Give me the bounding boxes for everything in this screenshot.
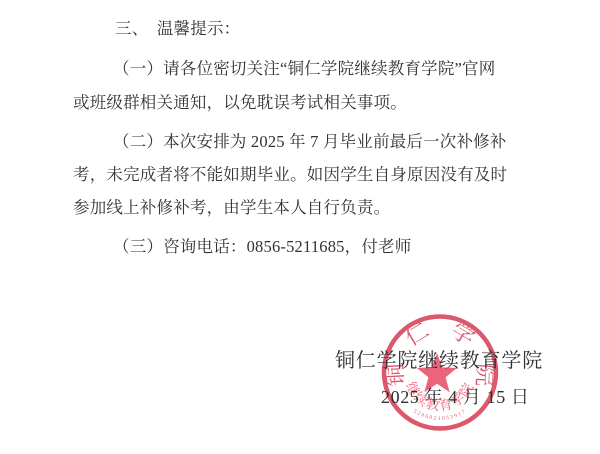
seal-serial-number: 5206021053917 [412, 408, 468, 422]
document-page: 三、 温馨提示： （一）请各位密切关注“铜仁学院继续教育学院”官网 或班级群相关… [0, 0, 600, 454]
paragraph-1-line-2: 或班级群相关通知，以免耽误考试相关事项。 [73, 95, 407, 112]
seal-arc-char: 仁 [401, 317, 434, 350]
signature-org-name: 铜仁学院继续教育学院 [335, 351, 543, 371]
paragraph-2-line-1: （二）本次安排为 2025 年 7 月毕业前最后一次补修补 [113, 134, 507, 151]
paragraph-1-line-1: （一）请各位密切关注“铜仁学院继续教育学院”官网 [113, 61, 495, 78]
paragraph-2-line-3: 参加线上补修补考，由学生本人自行负责。 [73, 200, 390, 217]
paragraph-2-line-2: 考，未完成者将不能如期毕业。如因学生自身原因没有及时 [73, 167, 507, 184]
official-seal-stamp: 铜 仁 学 院 继续教育学院 5206021053917 [365, 297, 515, 447]
signature-date: 2025 年 4 月 15 日 [381, 388, 530, 406]
contact-phone-line: （三）咨询电话：0856-5211685，付老师 [113, 239, 411, 256]
seal-arc-char: 学 [447, 317, 480, 350]
section-title: 三、 温馨提示： [115, 21, 240, 38]
